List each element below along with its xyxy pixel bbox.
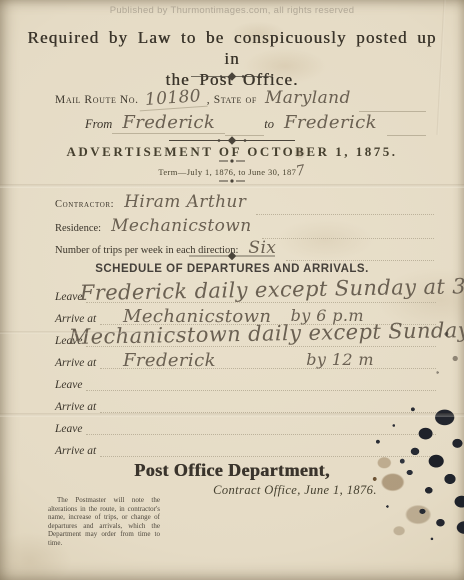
- schedule-row-label: Arrive at: [55, 401, 100, 413]
- contractor-value: Hiram Arthur: [114, 192, 256, 212]
- divider-ornament-icon: [0, 72, 464, 81]
- contractor-label: Contractor:: [55, 199, 114, 210]
- schedule-row-label: Arrive at: [55, 445, 100, 457]
- state-label: , State of: [207, 94, 257, 106]
- schedule-row-entry: Frederick: [123, 350, 216, 371]
- watermark-text: Published by Thurmontimages.com, all rig…: [0, 5, 464, 16]
- schedule-row-label: Arrive at: [55, 313, 100, 325]
- schedule-row-label: Leave: [55, 423, 86, 435]
- paper-crease: [0, 184, 464, 188]
- rule-line: [256, 211, 434, 215]
- contractor-field: Contractor: Hiram Arthur: [55, 192, 434, 215]
- from-value: Frederick: [112, 112, 225, 134]
- term-line: Term—July 1, 1876, to June 30, 1877: [0, 163, 464, 179]
- schedule-heading: SCHEDULE OF DEPARTURES AND ARRIVALS.: [0, 263, 464, 275]
- from-label: From: [85, 117, 112, 132]
- document: Published by Thurmontimages.com, all rig…: [0, 0, 464, 580]
- schedule-row-time: by 12 m: [306, 350, 374, 369]
- schedule-row-label: Leave: [55, 379, 86, 391]
- mail-route-label: Mail Route No.: [55, 94, 139, 106]
- divider-ornament-icon: [0, 252, 464, 260]
- schedule-row: Leave Mechanicstown daily except Sunday …: [55, 327, 436, 347]
- term-printed: Term—July 1, 1876, to June 30, 187: [158, 167, 296, 177]
- to-label: to: [264, 117, 274, 132]
- mail-route-line: Mail Route No. 10180 , State of Maryland: [55, 88, 426, 112]
- schedule-row: Leave Frederick daily except Sunday at 3…: [55, 283, 436, 303]
- ink-blot: [362, 385, 464, 547]
- schedule-row-label: Arrive at: [55, 357, 100, 369]
- small-ornament-icon: [0, 178, 464, 184]
- to-value: Frederick: [274, 112, 387, 133]
- residence-label: Residence:: [55, 223, 101, 234]
- state-value: Maryland: [257, 88, 359, 108]
- mail-route-number: 10180: [138, 86, 207, 112]
- page-title-line1: Required by Law to be conspicuously post…: [16, 27, 448, 69]
- residence-field: Residence: Mechanicstown: [55, 216, 434, 239]
- schedule-row: Arrive at Frederick by 12 m: [55, 349, 436, 369]
- residence-value: Mechanicstown: [101, 216, 261, 236]
- from-to-line: From Frederick to Frederick: [85, 112, 426, 136]
- ink-specks: [420, 320, 464, 390]
- fine-print: The Postmaster will note the alterations…: [48, 496, 160, 547]
